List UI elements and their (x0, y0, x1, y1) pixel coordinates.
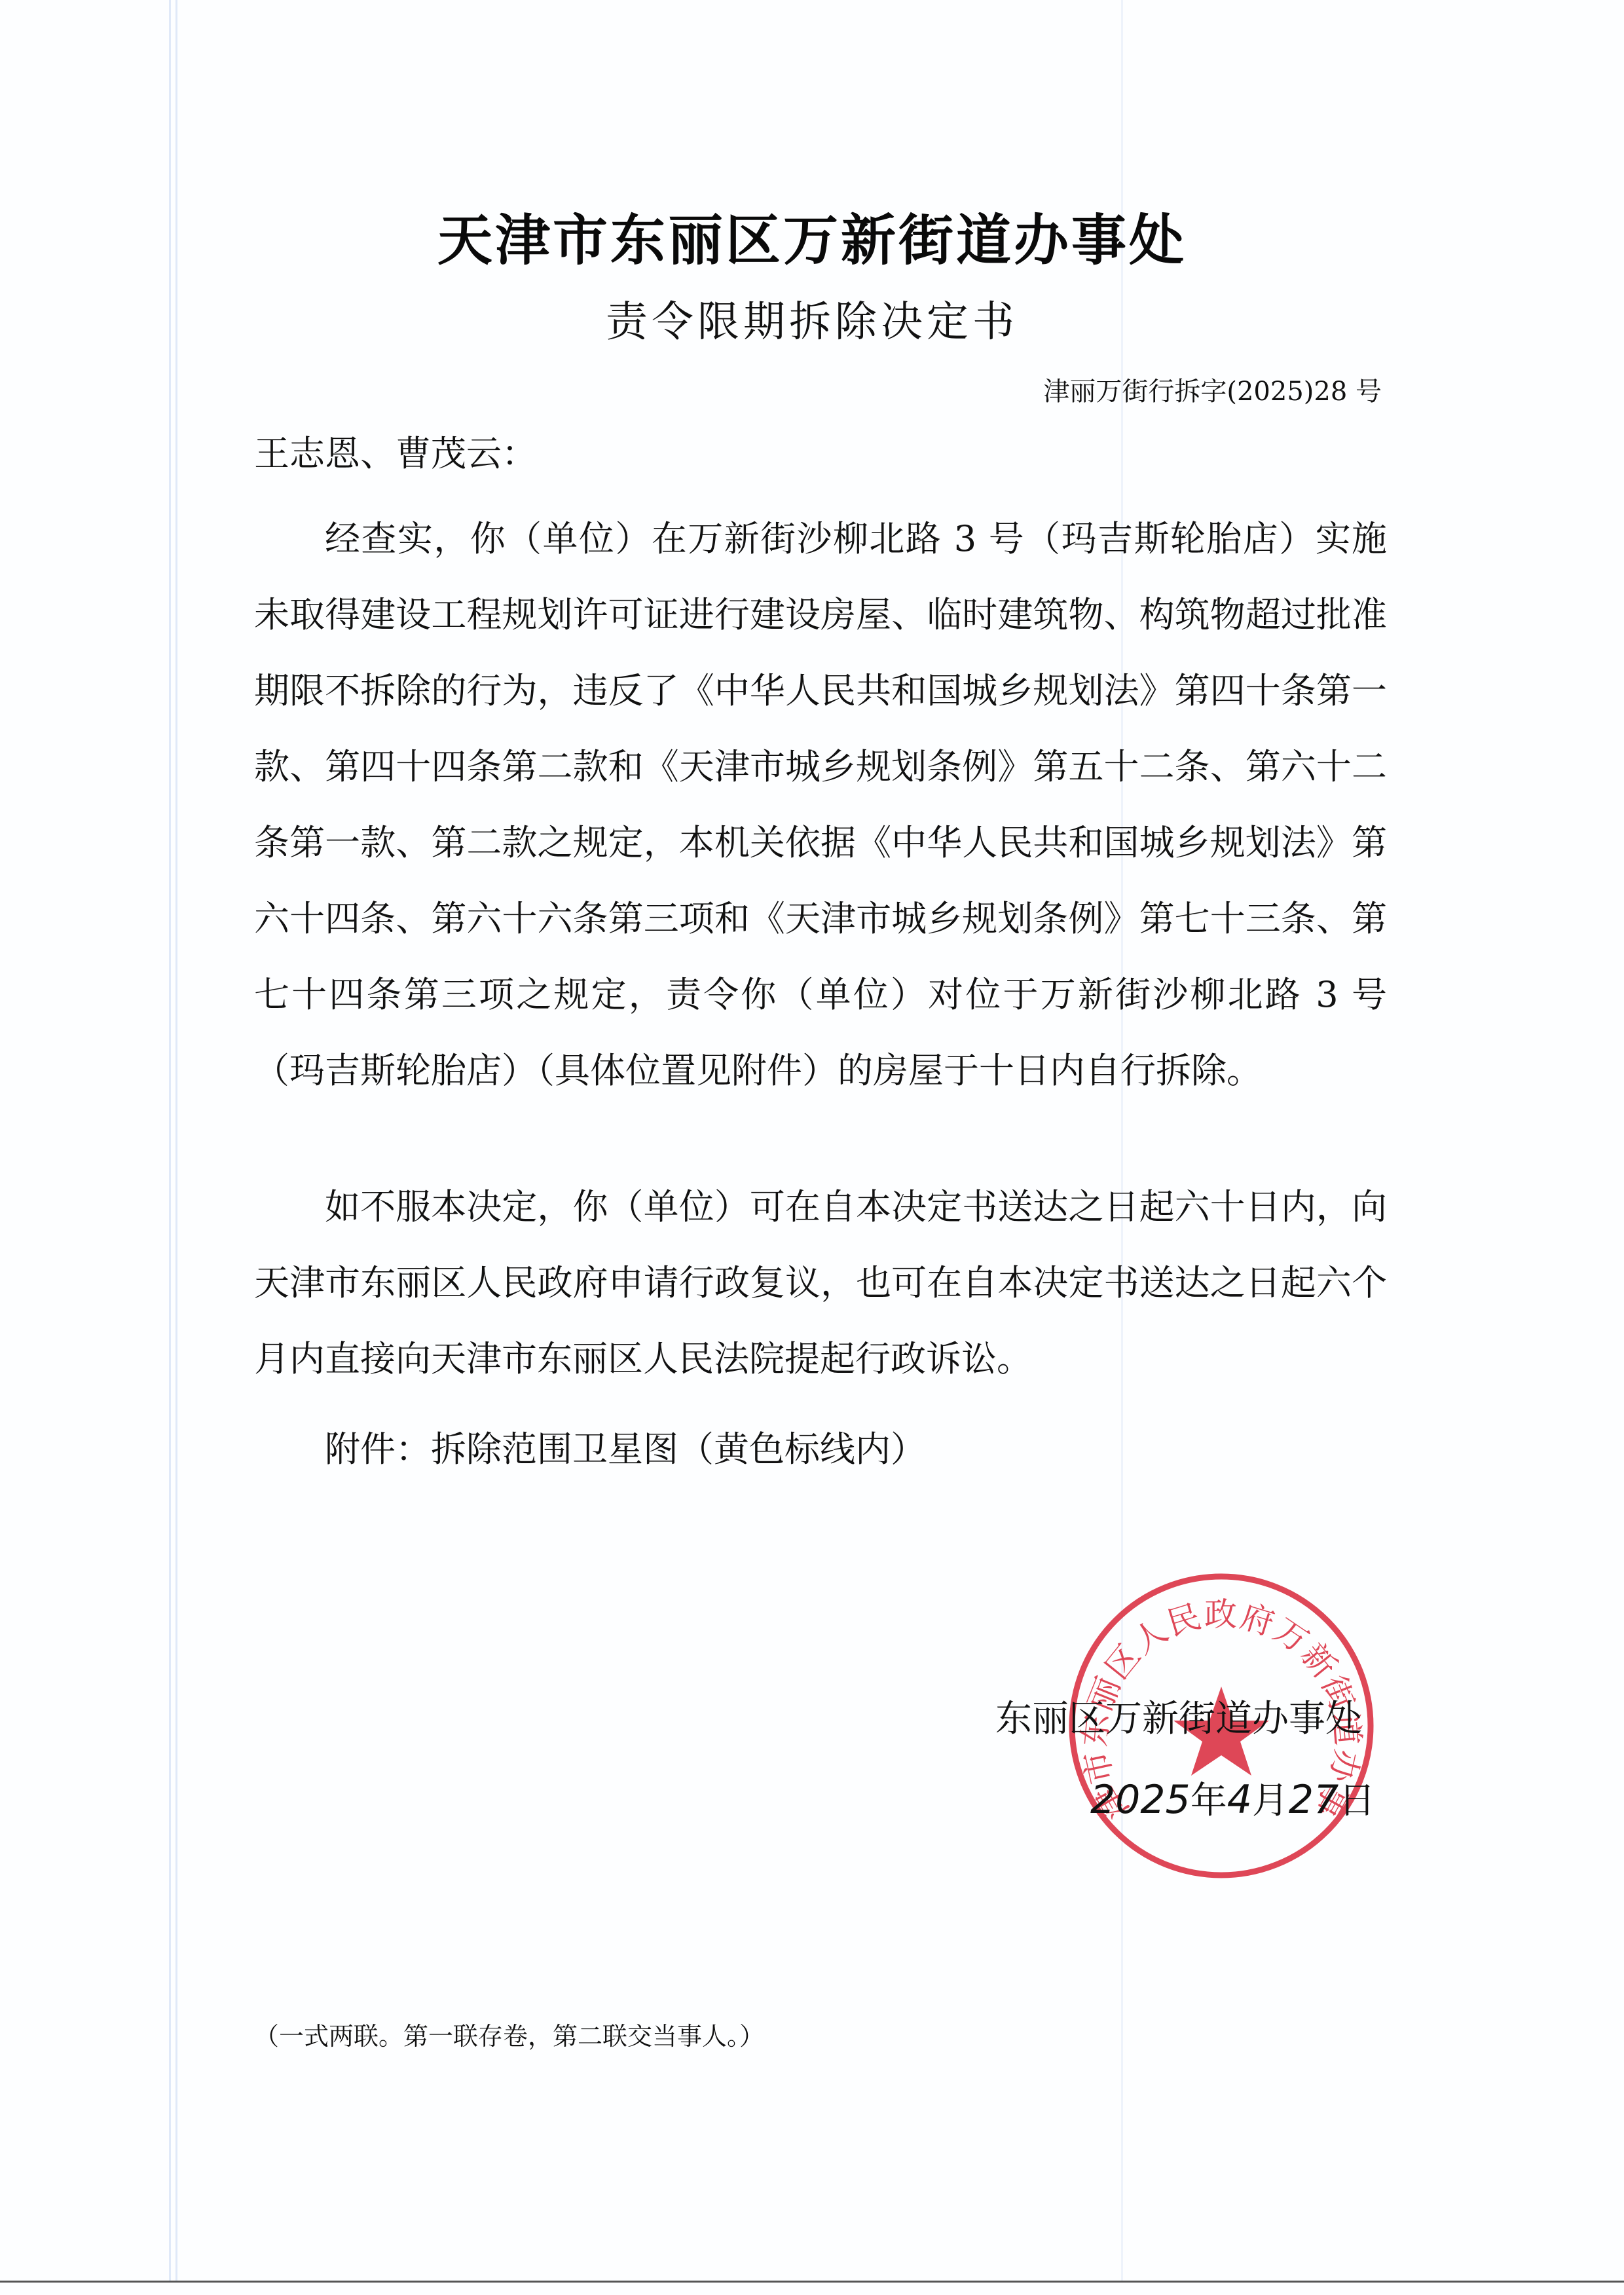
date-year-label: 年 (1190, 1780, 1227, 1822)
attachment-note: 附件：拆除范围卫星图（黄色标线内） (254, 1411, 1387, 1487)
date-month-label: 月 (1252, 1780, 1289, 1822)
signature-date: 2025年4月27日 (1090, 1772, 1375, 1824)
issuer-title: 天津市东丽区万新街道办事处 (0, 196, 1624, 276)
document-page: 天津市东丽区万新街道办事处 责令限期拆除决定书 津丽万街行拆字(2025)28 … (0, 0, 1624, 2295)
body-paragraph-appeal: 如不服本决定，你（单位）可在自本决定书送达之日起六十日内，向天津市东丽区人民政府… (254, 1169, 1387, 1397)
attachment-text: 附件：拆除范围卫星图（黄色标线内） (254, 1411, 1387, 1487)
date-month: 4 (1227, 1777, 1252, 1823)
paragraph-text: 经查实，你（单位）在万新街沙柳北路 3 号（玛吉斯轮胎店）实施未取得建设工程规划… (254, 501, 1387, 1109)
date-day: 27 (1289, 1777, 1338, 1823)
addressee: 王志恩、曹茂云： (254, 426, 537, 476)
signature-issuer: 东丽区万新街道办事处 (995, 1690, 1362, 1742)
footer-note: （一式两联。第一联存卷，第二联交当事人。） (254, 2016, 764, 2052)
paragraph-text: 如不服本决定，你（单位）可在自本决定书送达之日起六十日内，向天津市东丽区人民政府… (254, 1169, 1387, 1397)
document-type-title: 责令限期拆除决定书 (0, 288, 1624, 348)
date-year: 2025 (1090, 1777, 1190, 1823)
body-paragraph-findings: 经查实，你（单位）在万新街沙柳北路 3 号（玛吉斯轮胎店）实施未取得建设工程规划… (254, 501, 1387, 1109)
date-day-label: 日 (1338, 1780, 1375, 1822)
scan-bottom-edge (0, 2281, 1624, 2283)
document-number: 津丽万街行拆字(2025)28 号 (1043, 371, 1382, 408)
